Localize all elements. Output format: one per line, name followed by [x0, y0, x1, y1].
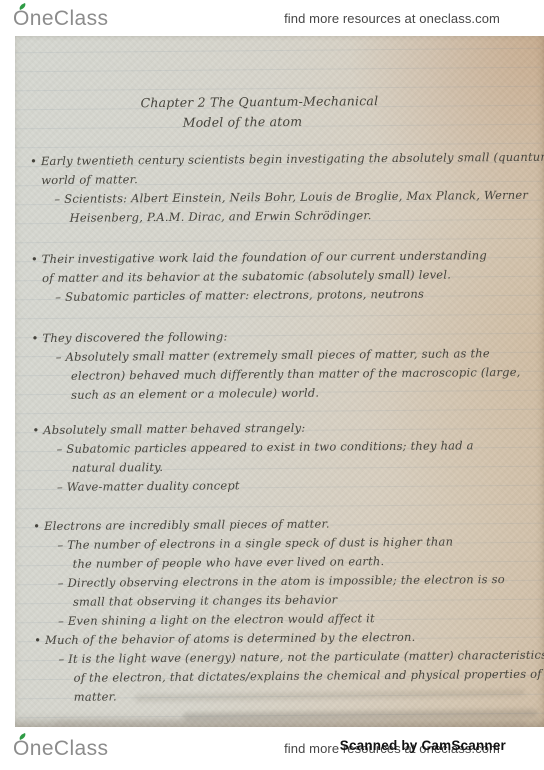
- footer-right: find more resources at oneclass.com Scan…: [284, 740, 500, 758]
- note-section: • Absolutely small matter behaved strang…: [27, 417, 537, 497]
- note-line: such as an element or a molecule) world.: [71, 382, 536, 405]
- note-section: • Electrons are incredibly small pieces …: [28, 513, 538, 631]
- note-line: matter.: [74, 684, 539, 707]
- note-content: Chapter 2 The Quantum-Mechanical Model o…: [15, 36, 544, 727]
- scanned-note-page: Chapter 2 The Quantum-Mechanical Model o…: [15, 36, 544, 727]
- footer: OneClass find more resources at oneclass…: [0, 727, 544, 770]
- note-line: electron) behaved much differently than …: [71, 363, 536, 386]
- header: OneClass find more resources at oneclass…: [0, 0, 544, 36]
- header-tagline: find more resources at oneclass.com: [284, 11, 500, 26]
- logo-text: OneClass: [13, 7, 108, 30]
- note-section: • Early twentieth century scientists beg…: [25, 148, 535, 228]
- note-section: • Much of the behavior of atoms is deter…: [29, 627, 539, 707]
- logo-text: OneClass: [13, 737, 108, 760]
- oneclass-logo: OneClass: [13, 8, 108, 29]
- note-line: – Subatomic particles of matter: electro…: [55, 284, 535, 307]
- note-body: • Early twentieth century scientists beg…: [25, 148, 539, 707]
- note-title-line: Model of the atom: [183, 110, 534, 133]
- note-section: • Their investigative work laid the foun…: [26, 246, 535, 307]
- scanner-credit: Scanned by CamScanner: [340, 738, 506, 753]
- note-section: • They discovered the following:– Absolu…: [27, 325, 537, 405]
- note-line: Heisenberg, P.A.M. Dirac, and Erwin Schr…: [69, 205, 534, 228]
- note-line: of the electron, that dictates/explains …: [73, 665, 538, 688]
- oneclass-logo: OneClass: [13, 738, 108, 759]
- note-line: – Wave-matter duality concept: [57, 474, 537, 497]
